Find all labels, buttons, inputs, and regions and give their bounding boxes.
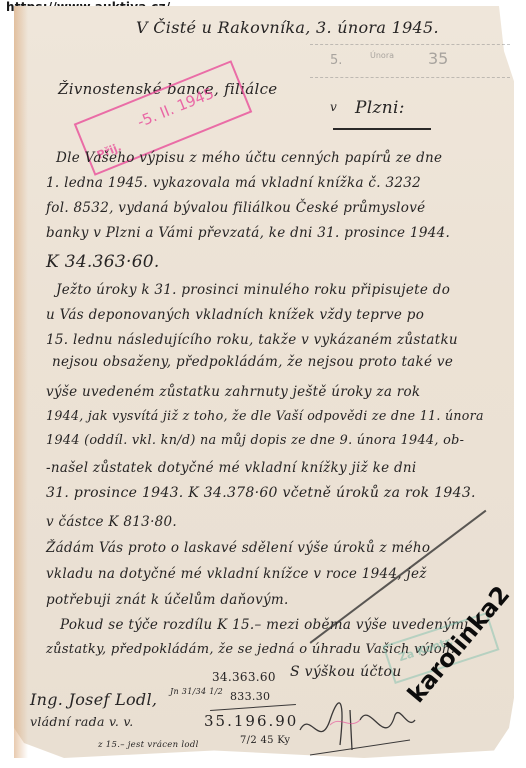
paper-stain-edge — [14, 6, 28, 758]
body-line: nejsou obsaženy, předpokládám, že nejsou… — [52, 354, 453, 370]
body-line: 15. lednu následujícího roku, takže v vy… — [46, 332, 458, 348]
body-line: 1. ledna 1945. vykazovala má vkladní kní… — [46, 175, 421, 191]
body-line: Žádám Vás proto o laskavé sdělení výše ú… — [46, 540, 430, 556]
registry-stamp: 5. Února 35 — [310, 44, 510, 78]
body-line: 1944, jak vysvítá již z toho, že dle Vaš… — [46, 408, 484, 423]
body-line: banky v Plzni a Vámi převzatá, ke dni 31… — [46, 225, 450, 241]
body-line: -našel zůstatek dotyčné mé vkladní knížk… — [46, 460, 417, 476]
balance-amount: K 34.363·60. — [46, 252, 160, 272]
body-line: 1944 (oddíl. vkl. kn/d) na můj dopis ze … — [46, 433, 464, 448]
body-line: v částce K 813·80. — [46, 514, 177, 530]
body-line: Pokud se týče rozdílu K 15.– mezi oběma … — [60, 617, 469, 633]
recipient-city-prefix: v — [330, 100, 337, 114]
body-line: vkladu na dotyčné mé vkladní knížce v ro… — [46, 566, 427, 582]
recipient-city: Plzni: — [355, 98, 405, 118]
handwritten-signature — [290, 690, 420, 760]
body-line: 31. prosince 1943. K 34.378·60 včetně úr… — [46, 485, 476, 501]
calc-remark: S výškou účtou — [290, 664, 402, 680]
calc-note: 7/2 45 Ky — [240, 735, 290, 746]
city-underline — [333, 128, 431, 130]
body-line: potřebuji znát k účelům daňovým. — [46, 592, 289, 608]
signature-footnote: z 15.– jest vrácen lodl — [98, 740, 199, 750]
calc-total: 35.196.90 — [204, 712, 298, 730]
body-line: Dle Vašeho výpisu z mého účtu cenných pa… — [56, 150, 442, 166]
calc-line-1: 34.363.60 — [212, 670, 276, 684]
registry-stamp-day: 5. — [330, 53, 342, 68]
registry-stamp-year: 35 — [428, 49, 448, 68]
signer-name: Ing. Josef Lodl, — [30, 690, 157, 709]
body-line: Ježto úroky k 31. prosinci minulého roku… — [56, 282, 450, 298]
place-date: V Čisté u Rakovníka, 3. února 1945. — [136, 18, 439, 37]
signer-name-note: Jn 31/34 1/2 — [170, 687, 223, 696]
body-line: u Vás deponovaných vkladních knížek vždy… — [46, 307, 424, 323]
body-line: fol. 8532, vydaná bývalou filiálkou Česk… — [46, 200, 425, 216]
signer-title: vládní rada v. v. — [30, 714, 134, 729]
registry-stamp-month: Února — [370, 51, 394, 60]
body-line: výše uvedeném zůstatku zahrnuty ještě úr… — [46, 384, 420, 400]
calc-line-2: 833.30 — [230, 690, 270, 703]
